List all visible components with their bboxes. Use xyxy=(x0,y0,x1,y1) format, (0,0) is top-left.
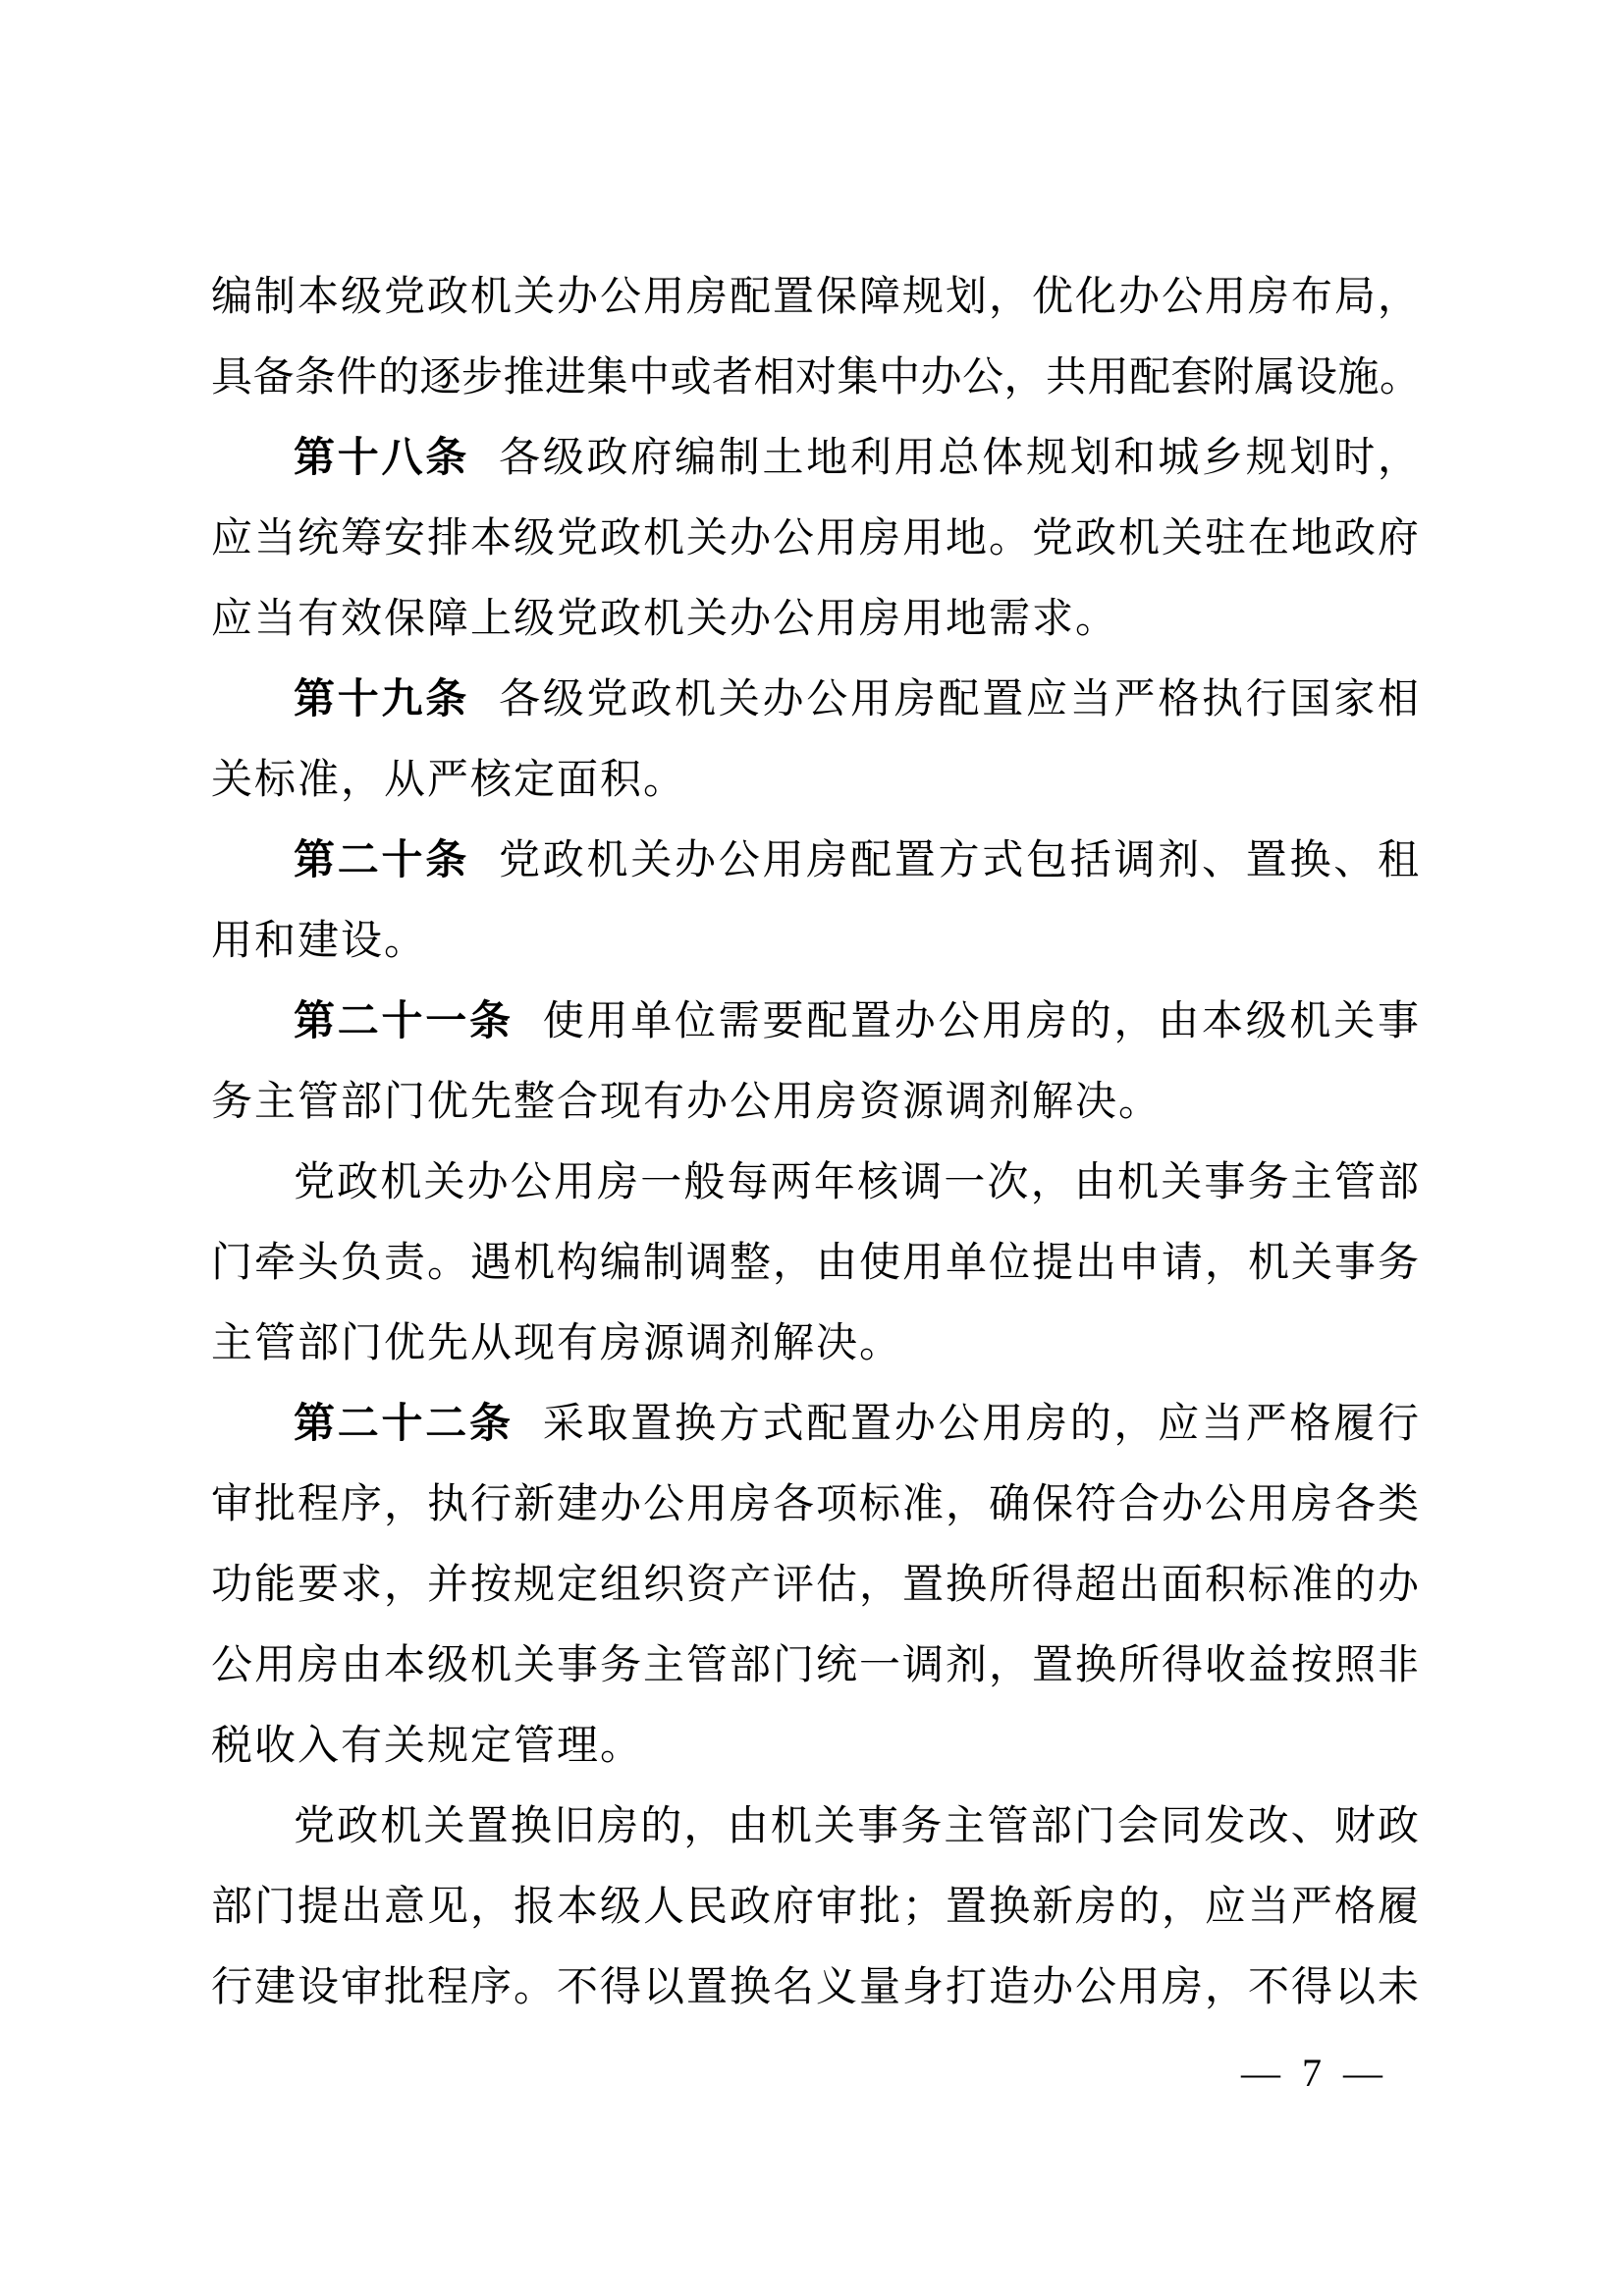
text-line: 应当有效保障上级党政机关办公用房用地需求。 xyxy=(211,579,1421,660)
text-line: 审批程序，执行新建办公用房各项标准，确保符合办公用房各类 xyxy=(211,1465,1421,1545)
paragraph-article-22: 第二十二条采取置换方式配置办公用房的，应当严格履行审批程序，执行新建办公用房各项… xyxy=(211,1384,1421,1787)
line-text: 审批程序，执行新建办公用房各项标准，确保符合办公用房各类 xyxy=(211,1482,1421,1527)
line-text: 应当有效保障上级党政机关办公用房用地需求。 xyxy=(211,597,1118,642)
text-line: 党政机关置换旧房的，由机关事务主管部门会同发改、财政 xyxy=(211,1787,1421,1867)
text-line: 行建设审批程序。不得以置换名义量身打造办公用房，不得以未 xyxy=(211,1948,1421,2028)
line-text: 党政机关办公用房配置方式包括调剂、置换、租 xyxy=(499,838,1421,883)
line-text: 用和建设。 xyxy=(211,919,427,964)
line-text: 党政机关办公用房一般每两年核调一次，由机关事务主管部 xyxy=(294,1160,1421,1205)
line-text: 具备条件的逐步推进集中或者相对集中办公，共用配套附属设施。 xyxy=(211,355,1421,400)
line-text: 编制本级党政机关办公用房配置保障规划，优化办公用房布局， xyxy=(211,275,1421,320)
line-text: 各级党政机关办公用房配置应当严格执行国家相 xyxy=(499,677,1421,722)
text-line: 用和建设。 xyxy=(211,901,1421,982)
line-text: 功能要求，并按规定组织资产评估，置换所得超出面积标准的办 xyxy=(211,1563,1421,1608)
text-line: 第二十二条采取置换方式配置办公用房的，应当严格履行 xyxy=(211,1384,1421,1465)
line-text: 主管部门优先从现有房源调剂解决。 xyxy=(211,1321,902,1366)
line-text: 关标准，从严核定面积。 xyxy=(211,758,686,803)
document-body: 编制本级党政机关办公用房配置保障规划，优化办公用房布局，具备条件的逐步推进集中或… xyxy=(211,257,1421,2028)
article-number: 第十八条 xyxy=(294,436,469,481)
text-line: 门牵头负责。遇机构编制调整，由使用单位提出申请，机关事务 xyxy=(211,1223,1421,1304)
text-line: 第十八条各级政府编制土地利用总体规划和城乡规划时， xyxy=(211,418,1421,499)
line-text: 公用房由本级机关事务主管部门统一调剂，置换所得收益按照非 xyxy=(211,1643,1421,1688)
paragraph-article-19: 第十九条各级党政机关办公用房配置应当严格执行国家相关标准，从严核定面积。 xyxy=(211,660,1421,821)
line-text: 采取置换方式配置办公用房的，应当严格履行 xyxy=(543,1402,1421,1447)
article-number: 第二十二条 xyxy=(294,1402,514,1447)
line-text: 党政机关置换旧房的，由机关事务主管部门会同发改、财政 xyxy=(294,1804,1421,1849)
line-text: 部门提出意见，报本级人民政府审批；置换新房的，应当严格履 xyxy=(211,1885,1421,1930)
paragraph-article-21: 第二十一条使用单位需要配置办公用房的，由本级机关事务主管部门优先整合现有办公用房… xyxy=(211,982,1421,1143)
paragraph-article-18: 第十八条各级政府编制土地利用总体规划和城乡规划时，应当统筹安排本级党政机关办公用… xyxy=(211,418,1421,660)
article-number: 第十九条 xyxy=(294,677,469,722)
text-line: 应当统筹安排本级党政机关办公用房用地。党政机关驻在地政府 xyxy=(211,499,1421,579)
paragraph-continuation: 编制本级党政机关办公用房配置保障规划，优化办公用房布局，具备条件的逐步推进集中或… xyxy=(211,257,1421,418)
page-number: — 7 — xyxy=(1241,2051,1388,2095)
paragraph-article-20: 第二十条党政机关办公用房配置方式包括调剂、置换、租用和建设。 xyxy=(211,821,1421,982)
text-line: 关标准，从严核定面积。 xyxy=(211,740,1421,821)
text-line: 第二十条党政机关办公用房配置方式包括调剂、置换、租 xyxy=(211,821,1421,901)
text-line: 主管部门优先从现有房源调剂解决。 xyxy=(211,1304,1421,1384)
text-line: 务主管部门优先整合现有办公用房资源调剂解决。 xyxy=(211,1062,1421,1143)
page-footer: — 7 — xyxy=(1241,2052,1388,2095)
line-text: 税收入有关规定管理。 xyxy=(211,1724,643,1769)
text-line: 第十九条各级党政机关办公用房配置应当严格执行国家相 xyxy=(211,660,1421,740)
text-line: 功能要求，并按规定组织资产评估，置换所得超出面积标准的办 xyxy=(211,1545,1421,1626)
paragraph-article-21-para-2: 党政机关办公用房一般每两年核调一次，由机关事务主管部门牵头负责。遇机构编制调整，… xyxy=(211,1143,1421,1384)
text-line: 第二十一条使用单位需要配置办公用房的，由本级机关事 xyxy=(211,982,1421,1062)
text-line: 公用房由本级机关事务主管部门统一调剂，置换所得收益按照非 xyxy=(211,1626,1421,1706)
text-line: 部门提出意见，报本级人民政府审批；置换新房的，应当严格履 xyxy=(211,1867,1421,1948)
text-line: 党政机关办公用房一般每两年核调一次，由机关事务主管部 xyxy=(211,1143,1421,1223)
line-text: 各级政府编制土地利用总体规划和城乡规划时， xyxy=(499,436,1421,481)
text-line: 编制本级党政机关办公用房配置保障规划，优化办公用房布局， xyxy=(211,257,1421,338)
article-number: 第二十一条 xyxy=(294,999,514,1044)
line-text: 务主管部门优先整合现有办公用房资源调剂解决。 xyxy=(211,1080,1162,1125)
line-text: 使用单位需要配置办公用房的，由本级机关事 xyxy=(543,999,1421,1044)
text-line: 税收入有关规定管理。 xyxy=(211,1706,1421,1787)
text-line: 具备条件的逐步推进集中或者相对集中办公，共用配套附属设施。 xyxy=(211,338,1421,418)
line-text: 门牵头负责。遇机构编制调整，由使用单位提出申请，机关事务 xyxy=(211,1241,1421,1286)
paragraph-article-22-para-2: 党政机关置换旧房的，由机关事务主管部门会同发改、财政部门提出意见，报本级人民政府… xyxy=(211,1787,1421,2028)
article-number: 第二十条 xyxy=(294,838,469,883)
document-page: 编制本级党政机关办公用房配置保障规划，优化办公用房布局，具备条件的逐步推进集中或… xyxy=(0,0,1624,2296)
line-text: 应当统筹安排本级党政机关办公用房用地。党政机关驻在地政府 xyxy=(211,516,1421,561)
line-text: 行建设审批程序。不得以置换名义量身打造办公用房，不得以未 xyxy=(211,1965,1421,2010)
